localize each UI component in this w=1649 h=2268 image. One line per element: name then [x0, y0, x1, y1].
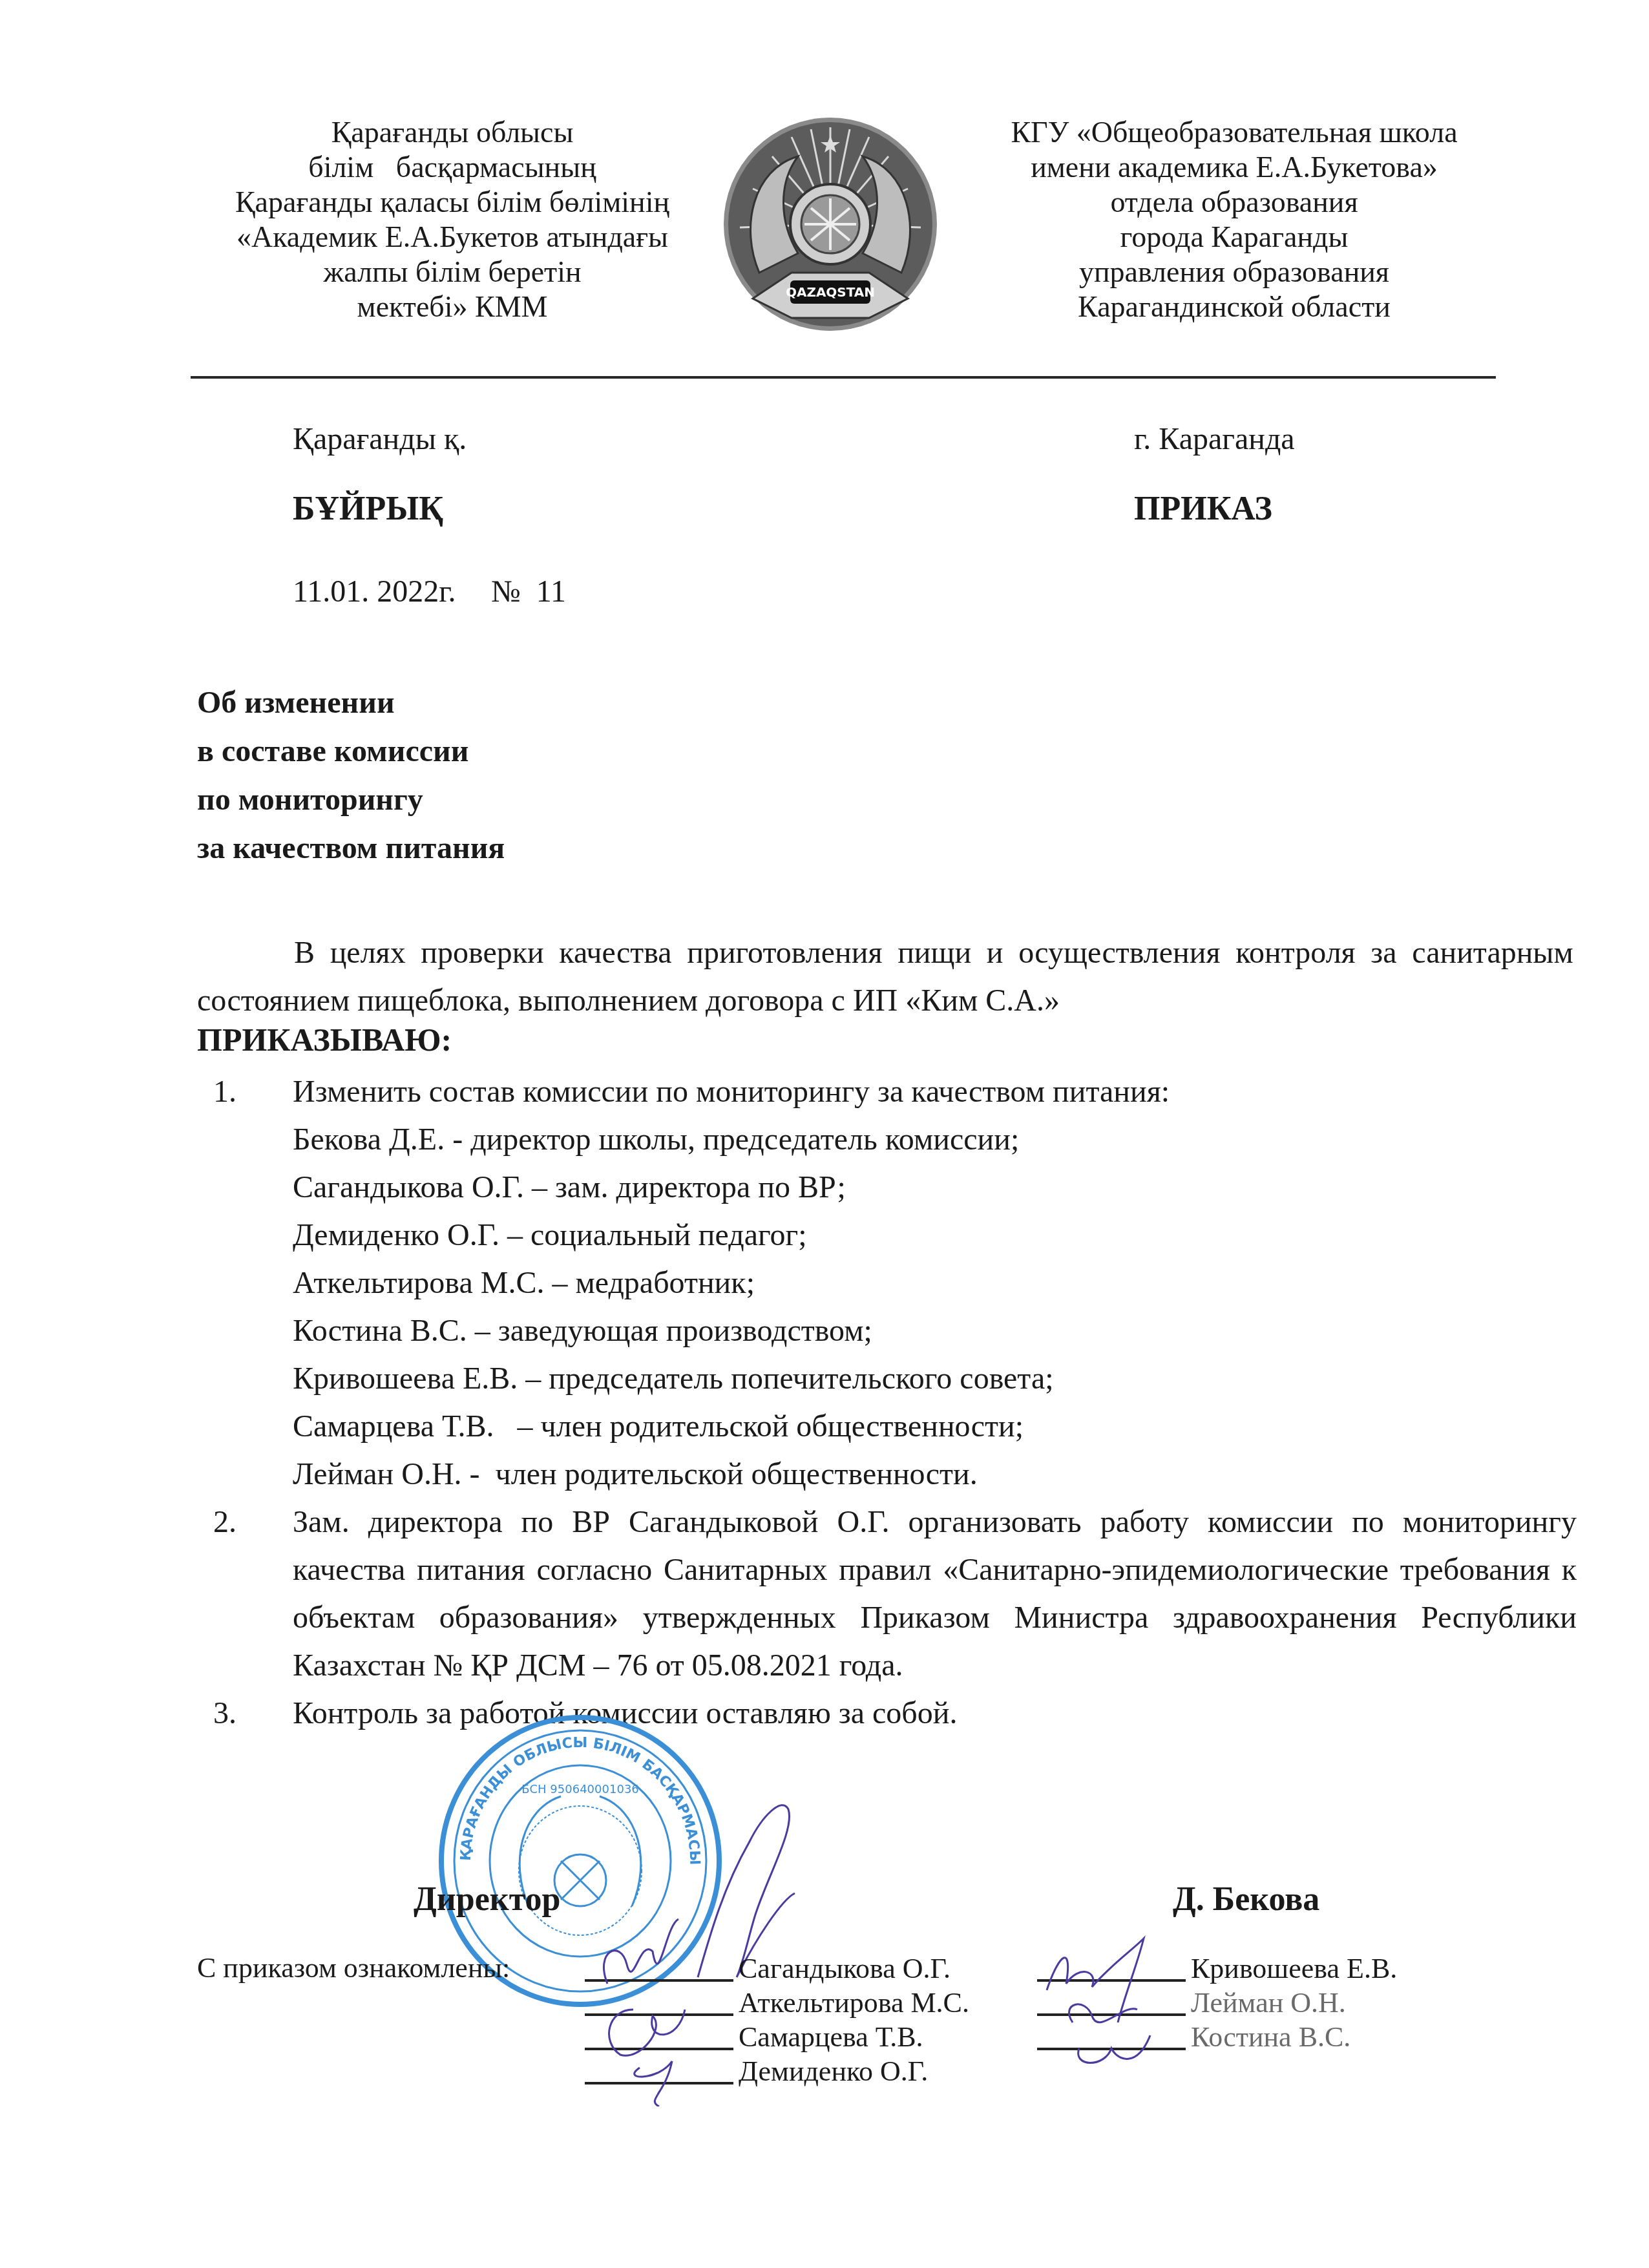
acquainted-name: Аткельтирова М.С. [739, 1987, 969, 2019]
acquainted-name: Самарцева Т.В. [739, 2021, 923, 2053]
place-russian: г. Караганда [1134, 421, 1295, 457]
doc-type-russian: ПРИКАЗ [1134, 491, 1272, 527]
committee-member: Сагандыкова О.Г. – зам. директора по ВР; [293, 1164, 1577, 1212]
order-item-2: 2. Зам. директора по ВР Сагандыковой О.Г… [213, 1498, 1577, 1690]
committee-member: Кривошеева Е.В. – председатель попечител… [293, 1355, 1577, 1403]
subject-line: за качеством питания [197, 824, 505, 872]
preamble: В целях проверки качества приготовления … [197, 929, 1573, 1025]
svg-text:БСН 950640001036: БСН 950640001036 [521, 1783, 639, 1796]
header-left-line: Қарағанды облысы [194, 115, 711, 150]
header-left-line: мектебі» КММ [194, 289, 711, 324]
header-left-line: жалпы білім беретін [194, 255, 711, 289]
doc-type-kazakh: БҰЙРЫҚ [293, 491, 443, 527]
acquainted-name: Сагандыкова О.Г. [739, 1953, 951, 1984]
header-left-line: Қарағанды қаласы білім бөлімінің [194, 185, 711, 220]
acquainted-name: Лейман О.Н. [1191, 1987, 1346, 2019]
committee-member: Бекова Д.Е. - директор школы, председате… [293, 1116, 1577, 1164]
order-item-3: 3. Контроль за работой комиссии оставляю… [213, 1690, 1577, 1738]
header-left-line: «Академик Е.А.Букетов атындағы [194, 220, 711, 255]
header-right-line: имени академика Е.А.Букетова» [950, 150, 1518, 185]
committee-member: Костина В.С. – заведующая производством; [293, 1307, 1577, 1355]
header-right-line: отдела образования [950, 185, 1518, 220]
order-date: 11.01. 2022г. [293, 574, 456, 610]
preamble-text: В целях проверки качества приготовления … [197, 936, 1573, 1018]
subject-line: Об изменении [197, 678, 505, 727]
header-kazakh-org: Қарағанды облысы білім басқармасының Қар… [194, 115, 711, 324]
order-number: № 11 [491, 574, 566, 610]
acquainted-label: С приказом ознакомлены: [197, 1951, 510, 1984]
acquaintance-signatures [1027, 1926, 1195, 2074]
item-number: 2. [213, 1498, 236, 1546]
header-russian-org: КГУ «Общеобразовательная школа имени ака… [950, 115, 1518, 324]
order-subject: Об изменении в составе комиссии по монит… [197, 678, 505, 872]
signatory-name: Д. Бекова [1173, 1880, 1319, 1918]
order-word: ПРИКАЗЫВАЮ: [197, 1021, 452, 1058]
place-kazakh: Қарағанды қ. [293, 421, 467, 457]
order-item-1: 1. Изменить состав комиссии по мониторин… [213, 1068, 1577, 1498]
acquaintance-signatures [582, 1913, 750, 2106]
item-number: 1. [213, 1068, 236, 1116]
header-right-line: города Караганды [950, 220, 1518, 255]
header-right-line: управления образования [950, 255, 1518, 289]
header-left-line: білім басқармасының [194, 150, 711, 185]
acquainted-name: Демиденко О.Г. [739, 2055, 928, 2087]
committee-member: Демиденко О.Г. – социальный педагог; [293, 1212, 1577, 1259]
signatory-position: Директор [414, 1880, 560, 1918]
item-text: Зам. директора по ВР Сагандыковой О.Г. о… [293, 1498, 1577, 1690]
header-right-line: КГУ «Общеобразовательная школа [950, 115, 1518, 150]
committee-member: Лейман О.Н. - член родительской обществе… [293, 1451, 1577, 1498]
header-right-line: Карагандинской области [950, 289, 1518, 324]
item-number: 3. [213, 1690, 236, 1738]
committee-member: Самарцева Т.В. – член родительской общес… [293, 1403, 1577, 1451]
kazakhstan-emblem-icon: QAZAQSTAN [714, 111, 947, 344]
committee-member: Аткельтирова М.С. – медработник; [293, 1259, 1577, 1307]
acquainted-name: Кривошеева Е.В. [1191, 1953, 1397, 1984]
acquainted-name: Костина В.С. [1191, 2021, 1350, 2053]
subject-line: в составе комиссии [197, 727, 505, 775]
header-divider [191, 376, 1496, 379]
item-text: Изменить состав комиссии по мониторингу … [293, 1068, 1577, 1116]
order-items: 1. Изменить состав комиссии по мониторин… [213, 1068, 1577, 1738]
subject-line: по мониторингу [197, 775, 505, 824]
svg-text:QAZAQSTAN: QAZAQSTAN [786, 284, 875, 300]
